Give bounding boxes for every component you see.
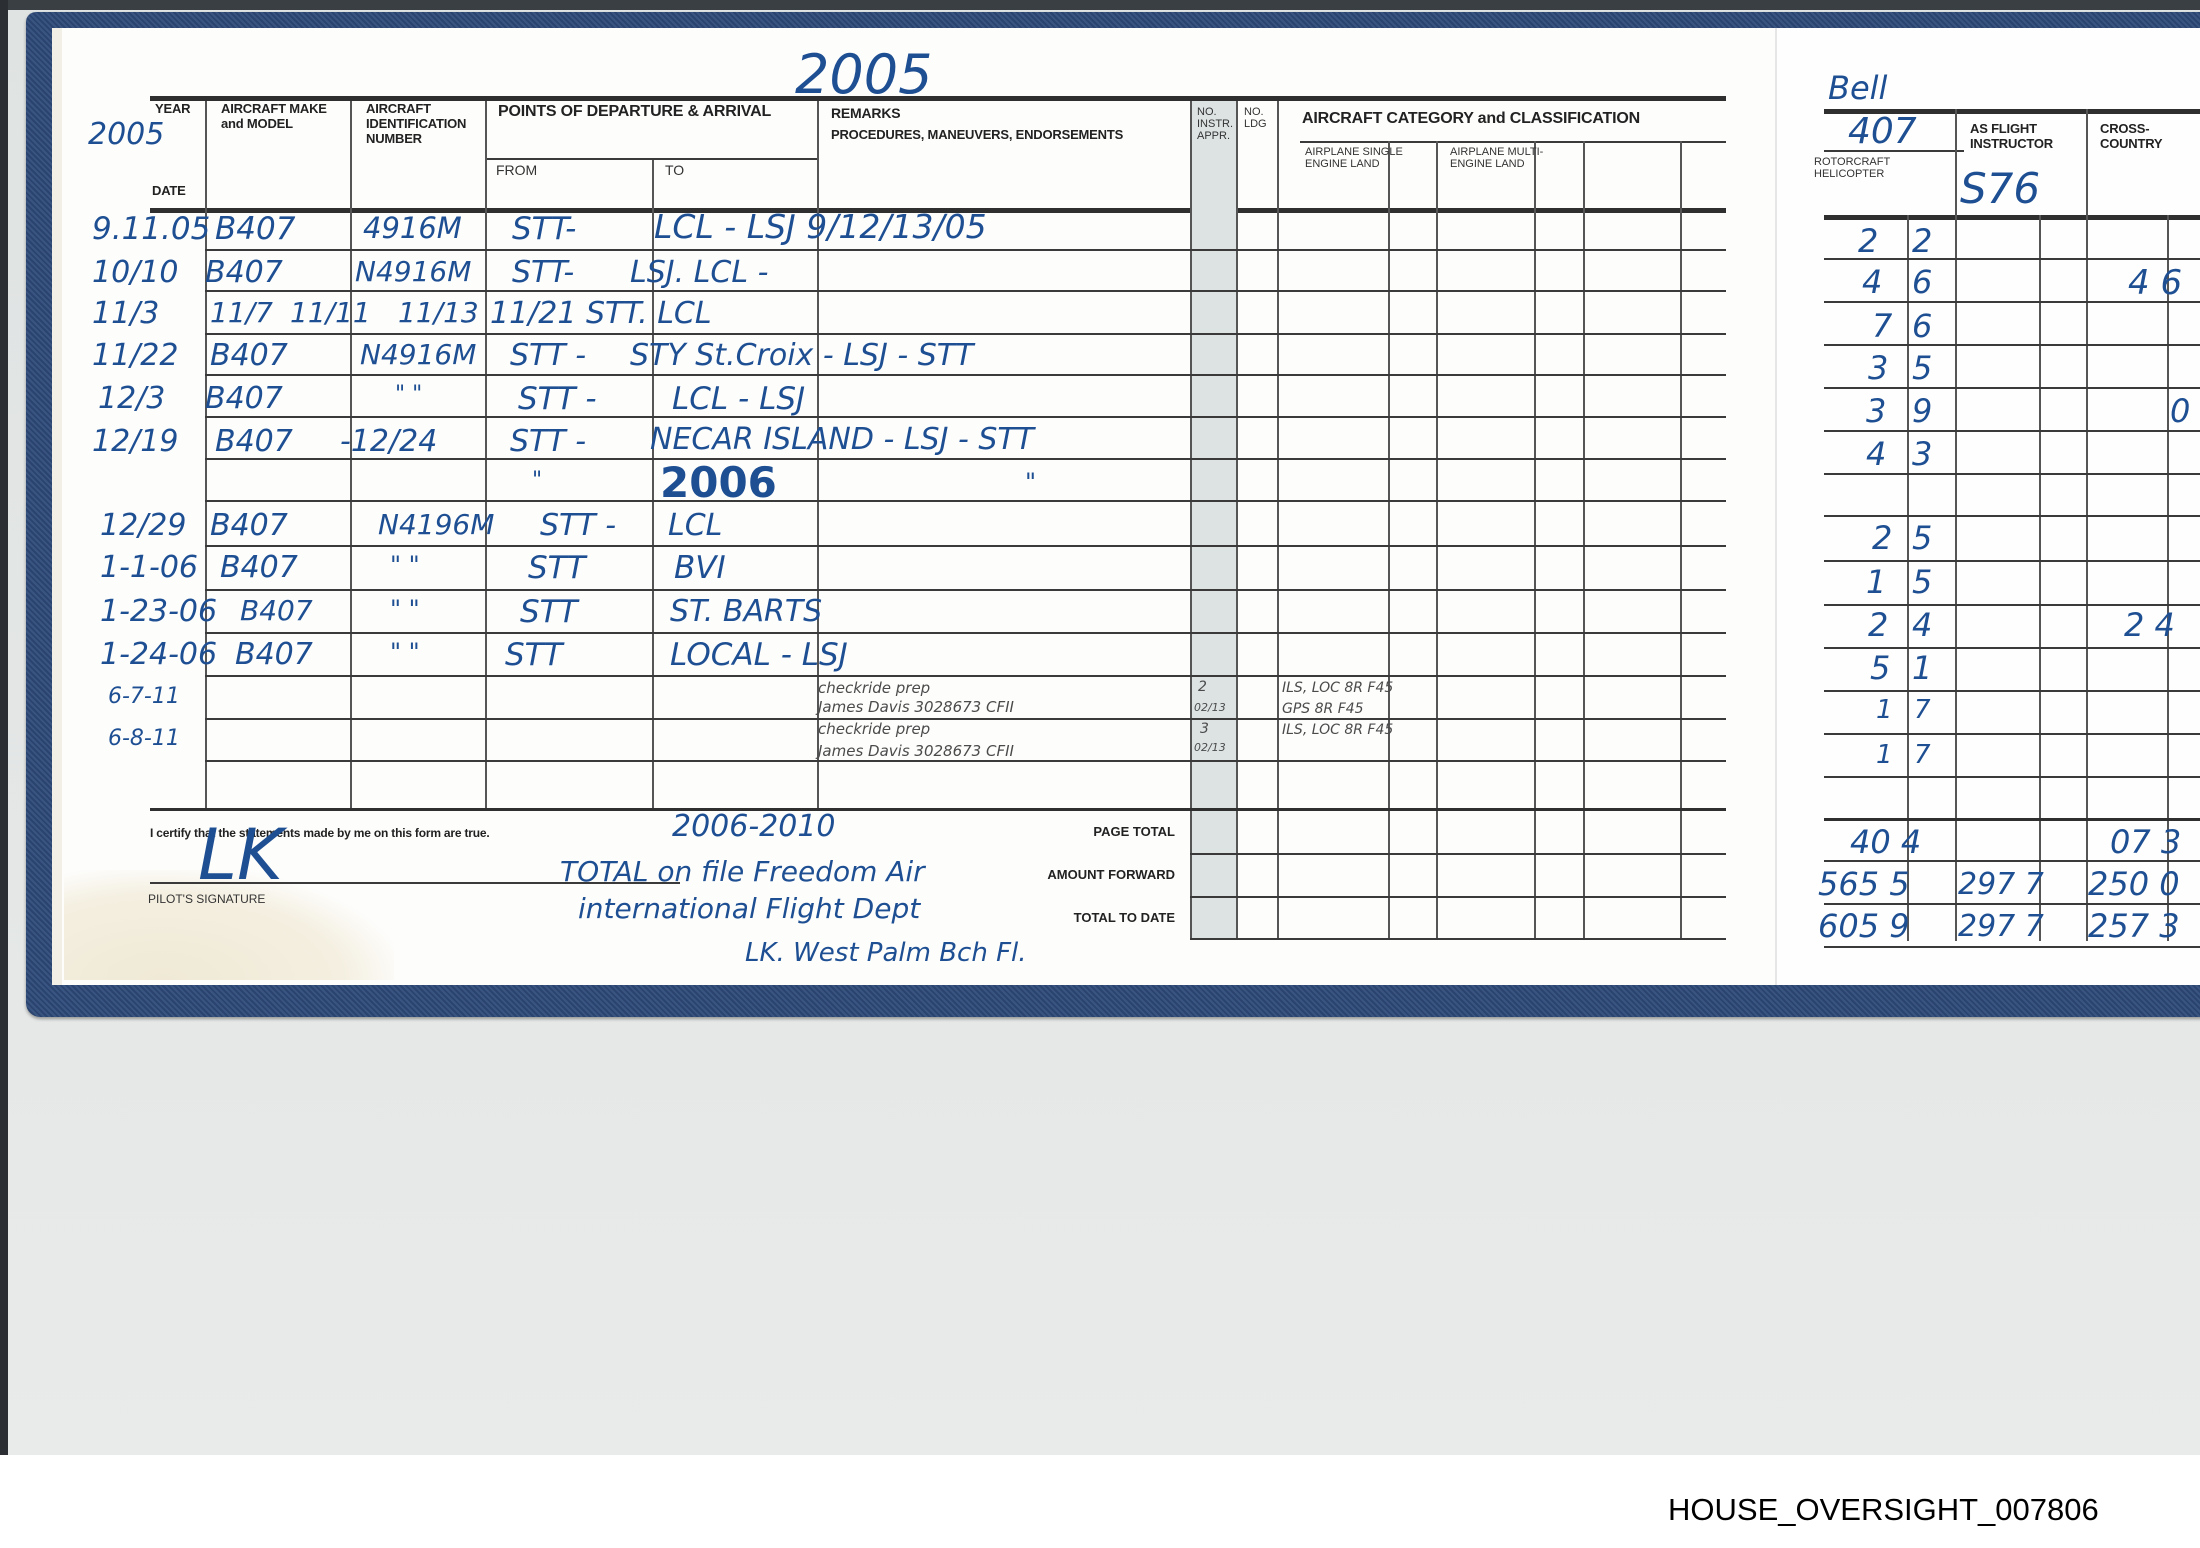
hours-tenth: 5 [1912, 522, 1932, 554]
totals-rule [1190, 896, 1726, 898]
row-rule [205, 500, 1726, 502]
row-from: STT [505, 640, 563, 671]
col-divider [2039, 215, 2041, 941]
hours-tenth: 1 [1912, 652, 1932, 684]
right-subheader-rule [1824, 150, 1964, 152]
flight-instructor-header: AS FLIGHT INSTRUCTOR [1970, 121, 2080, 151]
row-ident: -12/24 [340, 427, 437, 457]
pilot-signature: LK [198, 820, 283, 890]
row-date: 6-8-11 [108, 728, 180, 750]
aircraft-note-model: 407 [1848, 114, 1917, 150]
row-approaches-line1: ILS, LOC 8R F45 [1282, 723, 1393, 737]
hours-tenth: 4 [1912, 609, 1932, 641]
category-header: AIRCRAFT CATEGORY and CLASSIFICATION [1302, 110, 1640, 128]
row-remarks-line1: checkride prep [818, 681, 930, 696]
total-to-date-cross-country: 257 3 [2088, 910, 2180, 942]
instr-appr-header: NO. INSTR. APPR. [1197, 106, 1237, 142]
row-rule [1824, 430, 2200, 432]
hours-whole: 3 [1868, 352, 1888, 384]
date-header: DATE [152, 183, 186, 198]
hours-tenth: 6 [1912, 310, 1932, 342]
make-model-header: AIRCRAFT MAKE and MODEL [221, 101, 341, 131]
row-date: 1-1-06 [100, 553, 198, 583]
row-approaches-line2: GPS 8R F45 [1282, 702, 1364, 716]
total-to-date-rotorcraft: 605 9 [1818, 910, 1910, 942]
col-divider [1190, 101, 1192, 939]
row-date: 6-7-11 [108, 686, 180, 708]
right-rows-bottom-rule [1824, 818, 2200, 821]
hours-tenth: 5 [1912, 566, 1932, 598]
total-to-date-instructor: 297 7 [1958, 912, 2044, 942]
col-divider [485, 101, 487, 811]
row-from: STT - [510, 427, 586, 457]
row-model: 11/7 [210, 299, 273, 327]
row-ident: N4916M [360, 341, 476, 369]
flight-instructor-note: S76 [1960, 168, 2040, 210]
row-rule [205, 545, 1726, 547]
page-total-cross-country: 07 3 [2110, 826, 2181, 858]
col-divider [1955, 109, 1957, 941]
row-date: 11/3 [92, 299, 159, 329]
hours-whole: 1 [1876, 742, 1893, 768]
row-ditto: " [532, 470, 542, 492]
hours-whole: 1 [1866, 566, 1886, 598]
row-rule [1824, 690, 2200, 692]
rotorcraft-header: ROTORCRAFT HELICOPTER [1814, 156, 1904, 180]
row-ident: 11/11 [290, 299, 371, 327]
row-date: 1-24-06 [100, 640, 217, 670]
row-date: 1-23-06 [100, 597, 217, 627]
right-header-bottom-rule [1824, 215, 2200, 220]
cross-country-entry: 2 4 [2124, 609, 2175, 641]
row-instr-appr: 3 [1200, 722, 1209, 736]
amount-forward-label: AMOUNT FORWARD [975, 867, 1175, 882]
row-remarks-line2: James Davis 3028673 CFII [818, 744, 1014, 759]
row-model: B407 [215, 214, 295, 245]
row-from: STT - [540, 511, 616, 541]
scanner-edge-top [0, 0, 2200, 10]
airplane-mel-header: AIRPLANE MULTI-ENGINE LAND [1450, 146, 1550, 170]
row-model: B407 [215, 427, 293, 457]
scanner-edge-left [0, 0, 8, 1455]
row-route: 11/21 STT. LCL [490, 299, 712, 329]
airplane-sel-header: AIRPLANE SINGLE ENGINE LAND [1305, 146, 1405, 170]
row-approaches-line1: ILS, LOC 8R F45 [1282, 681, 1393, 695]
row-model: B407 [235, 640, 313, 670]
cross-country-entry: 0 [2170, 395, 2190, 427]
note-line-1: 2006-2010 [672, 812, 836, 842]
row-instr-appr: 2 [1198, 680, 1207, 694]
cross-country-entry: 4 6 [2128, 266, 2182, 300]
row-route: LCL - LSJ 9/12/13/05 [654, 210, 987, 243]
row-from: 11/13 [398, 299, 479, 327]
remarks-subheader: PROCEDURES, MANEUVERS, ENDORSEMENTS [831, 127, 1123, 142]
row-rule [205, 374, 1726, 376]
row-ident: N4916M [355, 258, 471, 286]
hours-tenth: 9 [1912, 395, 1932, 427]
row-rule [205, 290, 1726, 292]
col-divider [1534, 141, 1536, 939]
row-route: LSJ. LCL - [630, 258, 768, 288]
row-from: STT [528, 553, 586, 584]
year-header: YEAR [155, 101, 190, 116]
amount-forward-instructor: 297 7 [1958, 870, 2044, 900]
row-route: NECAR ISLAND - LSJ - STT [650, 425, 1034, 455]
category-subheader-rule [1300, 141, 1726, 143]
hours-tenth: 6 [1912, 266, 1932, 298]
row-from: STT- [512, 258, 574, 288]
col-divider [1436, 141, 1438, 939]
row-from: STT - [518, 384, 597, 415]
rows-bottom-rule [150, 808, 1726, 811]
row-rule [205, 333, 1726, 335]
amount-forward-rotorcraft: 565 5 [1818, 868, 1910, 900]
row-model: B407 [240, 597, 313, 625]
col-divider [1236, 101, 1238, 939]
row-rule [1824, 776, 2200, 778]
hours-whole: 4 [1862, 266, 1882, 298]
row-rule [1824, 733, 2200, 735]
col-divider [1583, 141, 1585, 939]
col-divider [205, 101, 207, 811]
row-route: BVI [674, 553, 726, 584]
row-route: ST. BARTS [670, 597, 822, 627]
row-model: B407 [210, 341, 288, 371]
row-ident: 4916M [363, 214, 462, 243]
row-rule [205, 249, 1726, 251]
hours-tenth: 3 [1912, 438, 1932, 470]
remarks-header: REMARKS [831, 106, 900, 121]
hours-whole: 1 [1876, 697, 1893, 723]
hours-tenth: 7 [1914, 697, 1931, 723]
col-divider [1388, 141, 1390, 939]
row-remarks-line1: checkride prep [818, 722, 930, 737]
row-rule [205, 632, 1726, 634]
total-to-date-label: TOTAL TO DATE [975, 910, 1175, 925]
row-date: 12/29 [100, 511, 186, 541]
row-remarks-line2: James Davis 3028673 CFII [818, 700, 1014, 715]
hours-whole: 4 [1866, 438, 1886, 470]
row-ident: N4196M [378, 511, 494, 539]
col-divider [2086, 109, 2088, 941]
from-header: FROM [496, 164, 537, 176]
row-rule [1824, 387, 2200, 389]
hours-whole: 2 [1868, 609, 1888, 641]
row-route: LCL - LSJ [672, 384, 805, 415]
row-model: B407 [205, 384, 283, 414]
instr-appr-shaded-total [1190, 815, 1236, 940]
row-rule [1824, 515, 2200, 517]
row-route: LOCAL - LSJ [670, 640, 848, 671]
year-value: 2005 [88, 120, 164, 150]
cross-country-header: CROSS-COUNTRY [2100, 121, 2180, 151]
hours-tenth: 7 [1914, 742, 1931, 768]
logbook-left-page [52, 28, 1782, 985]
totals-rule [1824, 903, 2200, 905]
hours-whole: 2 [1858, 225, 1878, 257]
row-rule [1824, 258, 2200, 260]
amount-forward-cross-country: 250 0 [2088, 868, 2180, 900]
row-date: 11/22 [92, 341, 178, 371]
ldg-header: NO. LDG [1244, 106, 1274, 130]
row-rule [205, 760, 1726, 762]
points-header: POINTS OF DEPARTURE & ARRIVAL [498, 103, 771, 121]
row-route: STY St.Croix - LSJ - STT [630, 341, 973, 371]
note-line-2: TOTAL on file Freedom Air [560, 858, 925, 886]
note-line-4: LK. West Palm Bch Fl. [745, 940, 1027, 966]
row-rule [205, 589, 1726, 591]
document-id-label: HOUSE_OVERSIGHT_007806 [1668, 1492, 2099, 1528]
col-divider [1277, 101, 1279, 939]
col-divider [1680, 141, 1682, 939]
hours-tenth: 5 [1912, 352, 1932, 384]
row-date: 12/19 [92, 427, 178, 457]
right-header-top-rule [1824, 109, 2200, 114]
row-ident: " " [390, 640, 420, 664]
row-ditto-right: " [1025, 470, 1036, 494]
row-rule [1824, 473, 2200, 475]
row-appr-date: 02/13 [1194, 702, 1226, 713]
row-ident: " " [395, 384, 422, 406]
row-rule [1824, 560, 2200, 562]
identification-header: AIRCRAFT IDENTIFICATION NUMBER [366, 101, 481, 146]
row-date: 12/3 [98, 384, 165, 414]
row-ident: " " [390, 597, 420, 621]
note-line-3: international Flight Dept [578, 895, 920, 923]
totals-rule [1190, 938, 1726, 940]
row-rule [205, 416, 1726, 418]
top-year-annotation: 2005 [795, 48, 932, 102]
hours-whole: 7 [1872, 310, 1892, 342]
row-from: STT - [510, 341, 586, 371]
hours-tenth: 2 [1912, 225, 1932, 257]
hours-whole: 2 [1872, 522, 1892, 554]
year-divider-2006: 2006 [660, 462, 777, 504]
aircraft-note-make: Bell [1828, 72, 1887, 104]
row-date: 9.11.05 [92, 214, 210, 245]
page-total-label: PAGE TOTAL [975, 824, 1175, 839]
hours-whole: 5 [1870, 652, 1890, 684]
totals-rule [1190, 853, 1726, 855]
row-from: STT [520, 597, 578, 628]
row-rule [205, 675, 1726, 677]
row-model: B407 [210, 511, 288, 541]
row-rule [205, 718, 1726, 720]
to-header: TO [665, 164, 684, 176]
row-route: LCL [668, 511, 722, 541]
row-appr-date: 02/13 [1194, 742, 1226, 753]
row-from: STT- [512, 214, 576, 245]
page-total-rotorcraft: 40 4 [1850, 826, 1921, 858]
row-model: B407 [205, 258, 283, 288]
row-date: 10/10 [92, 258, 178, 288]
totals-rule [1824, 946, 2200, 948]
row-ident: " " [390, 553, 420, 577]
row-model: B407 [220, 553, 298, 583]
hours-whole: 3 [1866, 395, 1886, 427]
